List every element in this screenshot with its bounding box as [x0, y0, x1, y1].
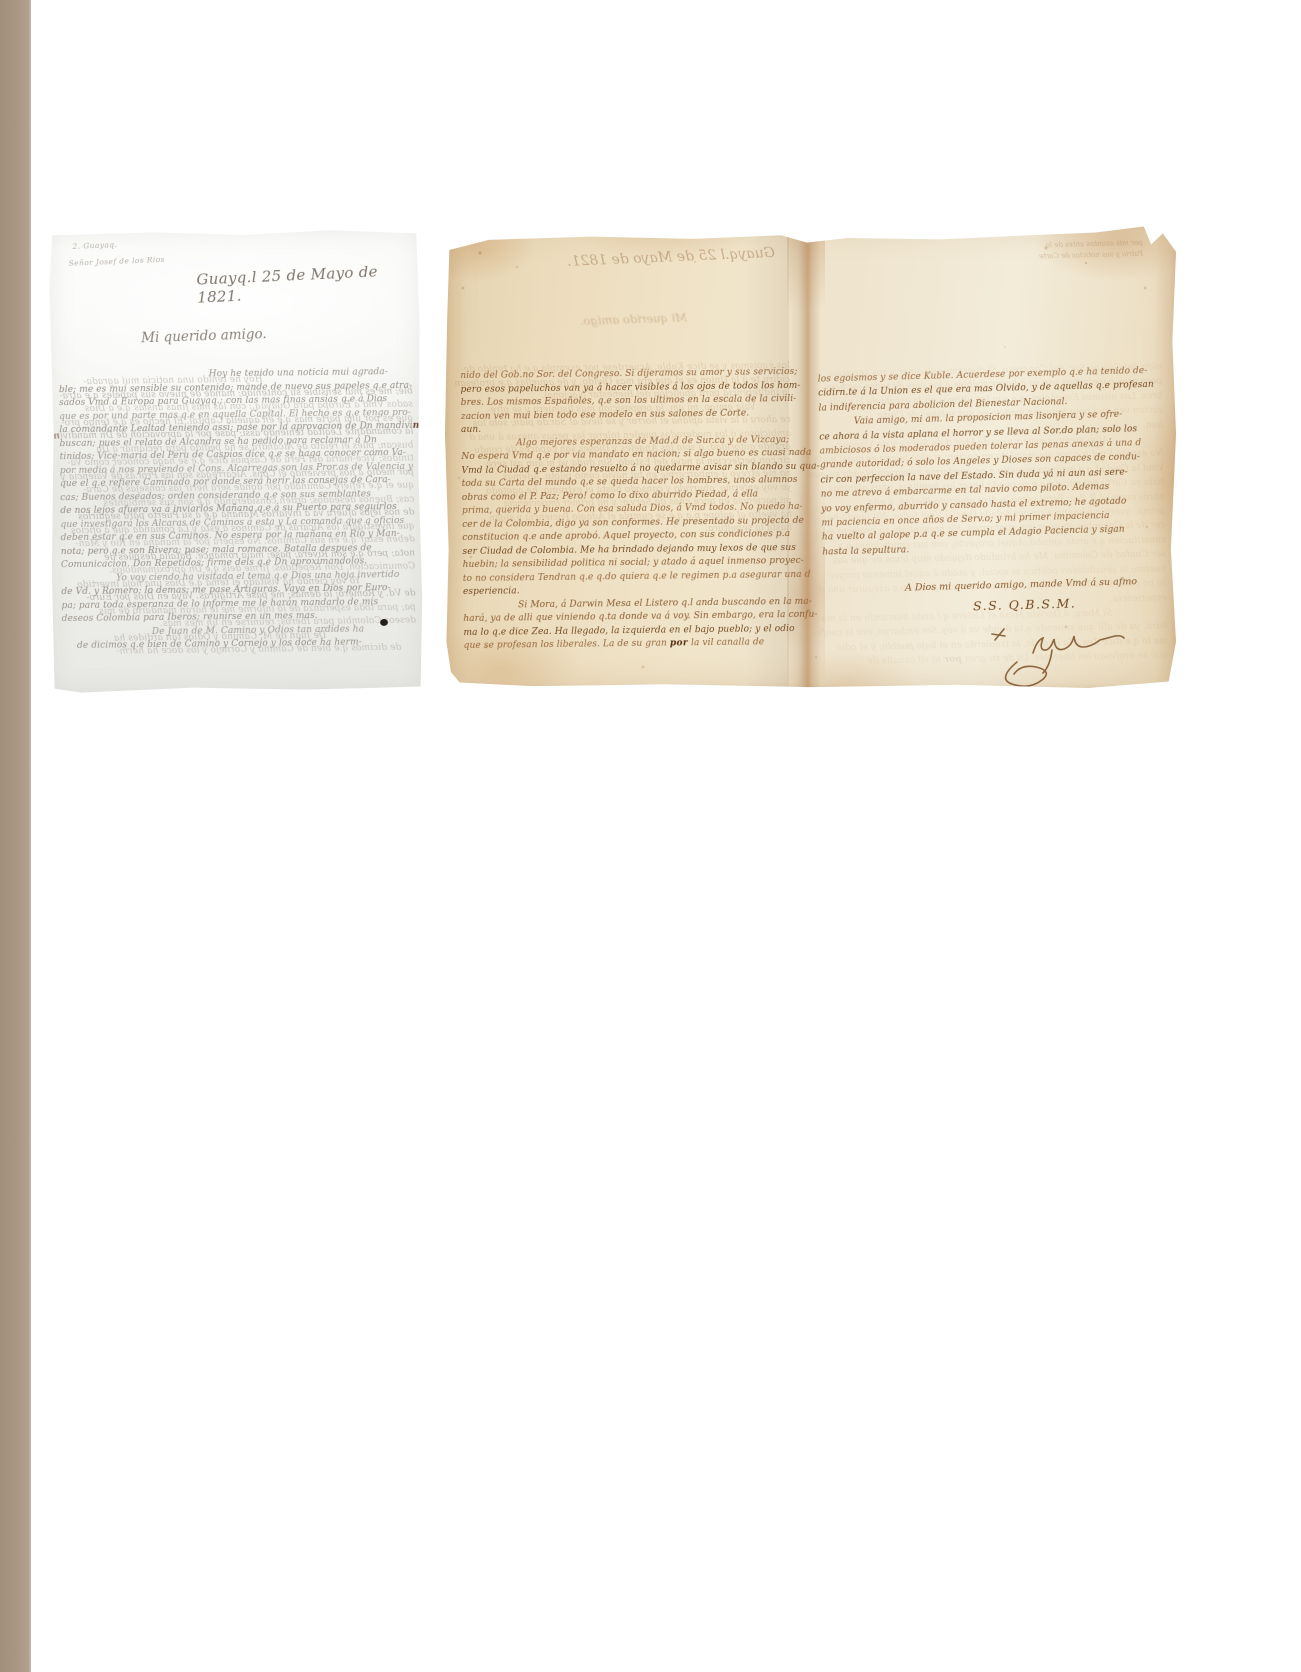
- bleedthrough-dateline: Guayq.l 25 de Mayo de 1821.: [540, 245, 776, 272]
- bleedthrough-text: por mis asuntos antes de la Patria y sus…: [973, 238, 1144, 264]
- bold-word: nos: [413, 421, 431, 431]
- catalog-photo-page: 2. Guayaq. Señor Josef de los Rios Guayq…: [0, 0, 1301, 1672]
- autograph-letter: Guayq.l 25 de Mayo de 1821. Mi querido a…: [445, 226, 1176, 688]
- copy-dateline: Guayq.l 25 de Mayo de 1821.: [196, 260, 427, 306]
- bold-word: nos: [42, 431, 60, 441]
- letter-right-page: por mis asuntos antes de la Patria y sus…: [805, 226, 1176, 688]
- copy-body: Hoy he tenido una noticia mui agrada-ble…: [59, 366, 416, 654]
- bold-word: por: [670, 638, 688, 648]
- pencil-annotation: 2. Guayaq.: [72, 240, 117, 251]
- press-copy-letter: 2. Guayaq. Señor Josef de los Rios Guayq…: [48, 229, 423, 694]
- pencil-annotation: Señor Josef de los Rios: [68, 255, 165, 268]
- letter-right-page-body: los egoismos y se dice Kuble. Acuerdese …: [818, 363, 1171, 559]
- copy-salutation: Mi querido amigo.: [141, 326, 267, 346]
- signature-flourish: [955, 612, 1140, 688]
- letter-left-page-body: nido del Gob.no Sor. del Congreso. Si di…: [460, 366, 795, 654]
- valediction-initials: S.S. Q.B.S.M.: [973, 596, 1077, 614]
- page-margin-stripe: [0, 0, 31, 1672]
- handwriting-line: que se profesan los liberales. La de su …: [464, 636, 796, 654]
- bleedthrough-salutation: Mi querido amigo.: [580, 310, 687, 328]
- ink-spot: [380, 619, 388, 626]
- letter-left-page: Guayq.l 25 de Mayo de 1821. Mi querido a…: [445, 226, 805, 688]
